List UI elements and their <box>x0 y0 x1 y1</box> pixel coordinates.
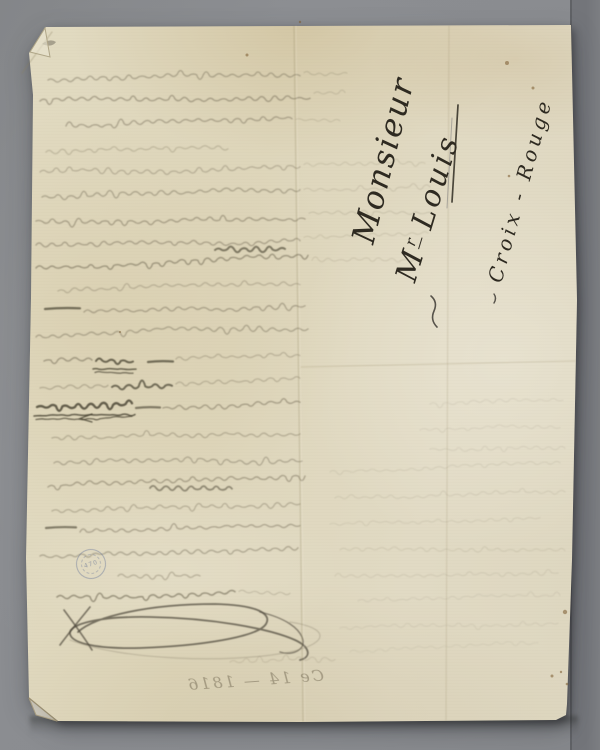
letter-sheet-wrap <box>0 0 600 750</box>
stamp-number: 470 <box>83 558 99 569</box>
manuscript-photograph: Monsieur Mr Louis Croix - Rouge 470 Ce 1… <box>0 0 600 750</box>
letter-sheet <box>0 0 600 750</box>
